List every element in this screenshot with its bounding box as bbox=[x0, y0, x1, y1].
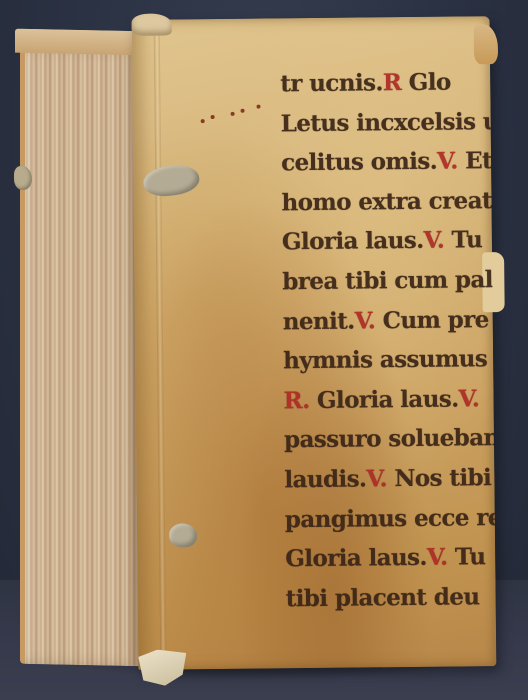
rubric-mark: V. bbox=[366, 465, 387, 492]
rubric-mark: V. bbox=[423, 227, 444, 254]
manuscript-text: tr ucnis.R Glo Letus incxcelsis u celitu… bbox=[280, 62, 496, 618]
manuscript-line: Gloria laus.V. Tu bbox=[282, 221, 492, 263]
manuscript-line: hymnis assumus bbox=[283, 339, 493, 381]
manuscript-line: tibi placent deu bbox=[285, 577, 495, 619]
manuscript-line: brea tibi cum palm bbox=[282, 260, 492, 302]
rubric-mark: V. bbox=[354, 307, 375, 334]
tie-stub-left bbox=[14, 166, 32, 190]
manuscript-line: tr ucnis.R Glo bbox=[280, 62, 490, 104]
manuscript-line: passuro soluebant bbox=[284, 418, 494, 460]
cover-turn-in bbox=[15, 29, 145, 56]
manuscript-line: homo extra creata f bbox=[281, 181, 491, 223]
rubric-mark: V. bbox=[437, 148, 458, 175]
rubric-mark: V. bbox=[427, 544, 448, 571]
tie-peg-bottom bbox=[169, 523, 197, 547]
top-corner-tear bbox=[132, 13, 172, 35]
manuscript-line: Gloria laus.V. Tu bbox=[285, 537, 495, 579]
page-block-fore-edge bbox=[20, 29, 140, 667]
rubric-mark: R. bbox=[283, 387, 309, 414]
manuscript-line: R. Gloria laus.V. bbox=[283, 379, 493, 421]
manuscript-line: pangimus ecce re bbox=[285, 498, 495, 540]
manuscript-line: Letus incxcelsis u bbox=[280, 102, 490, 144]
manuscript-line: nenit.V. Cum pre bbox=[283, 300, 493, 342]
spine-crease bbox=[154, 20, 167, 670]
manuscript-line: celitus omis.V. Et bbox=[281, 141, 491, 183]
rubric-mark: R bbox=[383, 69, 402, 96]
rubric-mark: V. bbox=[458, 385, 479, 412]
manuscript-line: laudis.V. Nos tibi bbox=[284, 458, 494, 500]
tie-peg-top bbox=[141, 161, 201, 199]
vellum-cover: tr ucnis.R Glo Letus incxcelsis u celitu… bbox=[132, 16, 497, 670]
